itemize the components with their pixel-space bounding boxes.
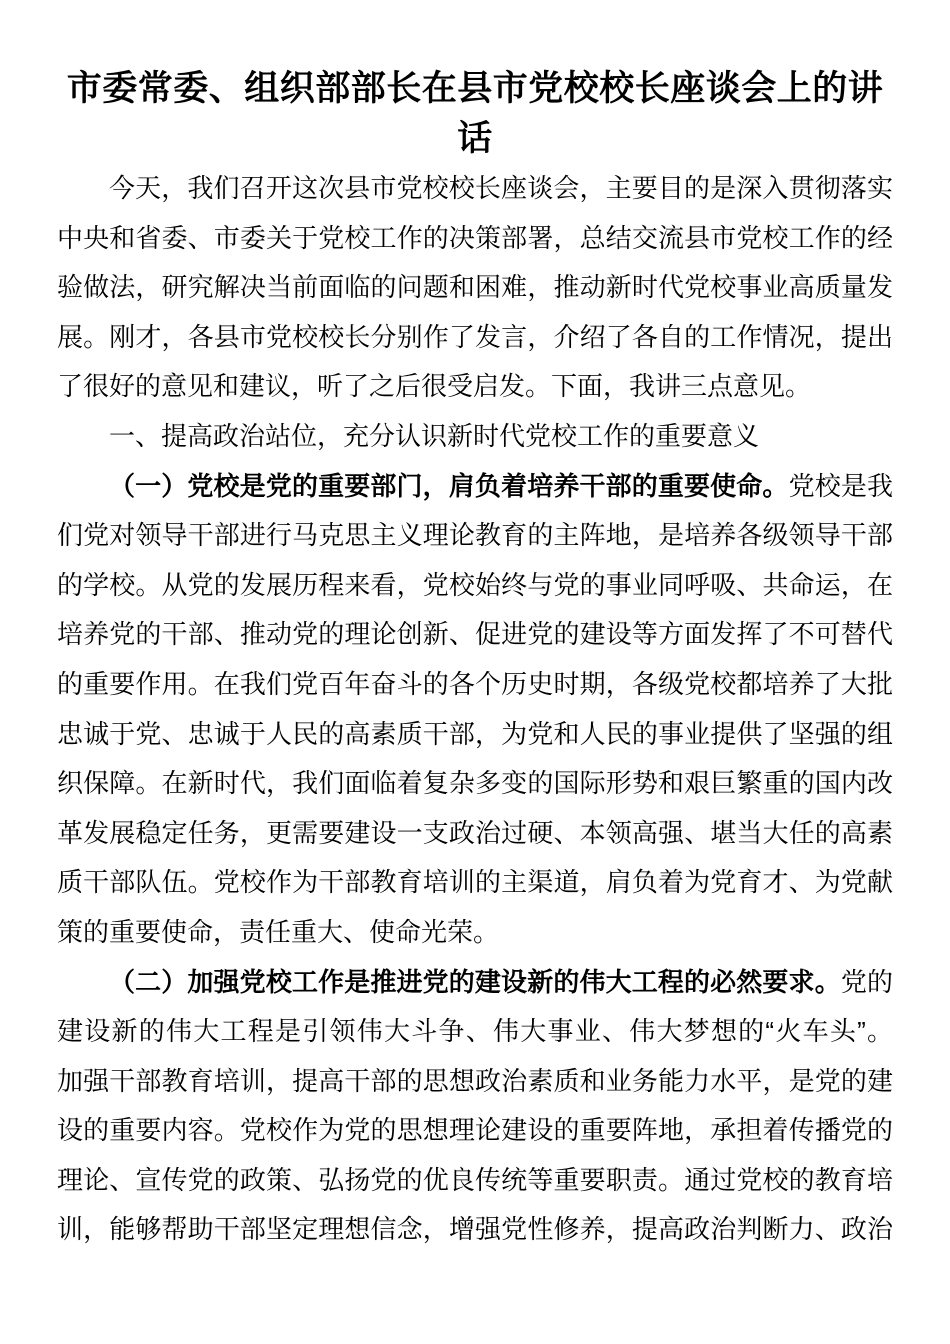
text-run: 今天，我们召开这次县市党校校长座谈会，主要目的是深入贯彻落实 <box>109 173 893 203</box>
text-line: 培养党的干部、推动党的理论创新、促进党的建设等方面发挥了不可替代 <box>57 610 893 660</box>
text-line: 织保障。在新时代，我们面临着复杂多变的国际形势和艰巨繁重的国内改 <box>57 759 893 809</box>
title-line: 市委常委、组织部部长在县市党校校长座谈会上的讲 <box>57 64 893 114</box>
title-line: 话 <box>57 114 893 164</box>
paragraph-point-one: （一）党校是党的重要部门，肩负着培养干部的重要使命。党校是我们党对领导干部进行马… <box>57 462 893 958</box>
text-run: 的重要作用。在我们党百年奋斗的各个历史时期，各级党校都培养了大批 <box>57 669 893 699</box>
text-line: 训，能够帮助干部坚定理想信念，增强党性修养，提高政治判断力、政治 <box>57 1205 893 1255</box>
text-run: 建设新的伟大工程是引领伟大斗争、伟大事业、伟大梦想的“火车头”。 <box>57 1016 893 1046</box>
text-run: 们党对领导干部进行马克思主义理论教育的主阵地，是培养各级领导干部 <box>57 520 893 550</box>
text-run: 的学校。从党的发展历程来看，党校始终与党的事业同呼吸、共命运，在 <box>57 570 893 600</box>
text-line: 忠诚于党、忠诚于人民的高素质干部，为党和人民的事业提供了坚强的组 <box>57 710 893 760</box>
bold-run: （一）党校是党的重要部门，肩负着培养干部的重要使命。 <box>109 471 789 501</box>
text-line: 质干部队伍。党校作为干部教育培训的主渠道，肩负着为党育才、为党献 <box>57 858 893 908</box>
text-run: 忠诚于党、忠诚于人民的高素质干部，为党和人民的事业提供了坚强的组 <box>57 719 893 749</box>
bold-run: （二）加强党校工作是推进党的建设新的伟大工程的必然要求。 <box>109 967 841 997</box>
text-line: 加强干部教育培训，提高干部的思想政治素质和业务能力水平，是党的建 <box>57 1057 893 1107</box>
document-title: 市委常委、组织部部长在县市党校校长座谈会上的讲话 <box>57 64 893 164</box>
text-line: 革发展稳定任务，更需要建设一支政治过硬、本领高强、堪当大任的高素 <box>57 809 893 859</box>
text-line: 的学校。从党的发展历程来看，党校始终与党的事业同呼吸、共命运，在 <box>57 561 893 611</box>
text-run: 了很好的意见和建议，听了之后很受启发。下面，我讲三点意见。 <box>57 371 811 401</box>
text-run: 设的重要内容。党校作为党的思想理论建设的重要阵地，承担着传播党的 <box>57 1115 893 1145</box>
text-line: 策的重要使命，责任重大、使命光荣。 <box>57 908 893 958</box>
document-body: 今天，我们召开这次县市党校校长座谈会，主要目的是深入贯彻落实中央和省委、市委关于… <box>57 164 893 1255</box>
text-run: 织保障。在新时代，我们面临着复杂多变的国际形势和艰巨繁重的国内改 <box>57 768 893 798</box>
text-line: 展。刚才，各县市党校校长分别作了发言，介绍了各自的工作情况，提出 <box>57 313 893 363</box>
text-run: 党的 <box>841 967 893 997</box>
text-run: 理论、宣传党的政策、弘扬党的优良传统等重要职责。通过党校的教育培 <box>57 1165 893 1195</box>
text-line: 验做法，研究解决当前面临的问题和困难，推动新时代党校事业高质量发 <box>57 263 893 313</box>
text-run: 质干部队伍。党校作为干部教育培训的主渠道，肩负着为党育才、为党献 <box>57 867 893 897</box>
text-line: 的重要作用。在我们党百年奋斗的各个历史时期，各级党校都培养了大批 <box>57 660 893 710</box>
text-run: 验做法，研究解决当前面临的问题和困难，推动新时代党校事业高质量发 <box>57 272 893 302</box>
paragraph-opening: 今天，我们召开这次县市党校校长座谈会，主要目的是深入贯彻落实中央和省委、市委关于… <box>57 164 893 412</box>
text-line: 中央和省委、市委关于党校工作的决策部署，总结交流县市党校工作的经 <box>57 214 893 264</box>
text-run: 策的重要使命，责任重大、使命光荣。 <box>57 917 499 947</box>
text-run: 党校是我 <box>789 471 893 501</box>
text-run: 训，能够帮助干部坚定理想信念，增强党性修养，提高政治判断力、政治 <box>57 1214 893 1244</box>
text-run: 中央和省委、市委关于党校工作的决策部署，总结交流县市党校工作的经 <box>57 223 893 253</box>
text-line: 们党对领导干部进行马克思主义理论教育的主阵地，是培养各级领导干部 <box>57 511 893 561</box>
text-line: 设的重要内容。党校作为党的思想理论建设的重要阵地，承担着传播党的 <box>57 1106 893 1156</box>
heading-section-one: 一、提高政治站位，充分认识新时代党校工作的重要意义 <box>57 412 893 462</box>
text-run: 一、提高政治站位，充分认识新时代党校工作的重要意义 <box>109 421 759 451</box>
text-line: 一、提高政治站位，充分认识新时代党校工作的重要意义 <box>57 412 893 462</box>
text-line: 理论、宣传党的政策、弘扬党的优良传统等重要职责。通过党校的教育培 <box>57 1156 893 1206</box>
document-page: 市委常委、组织部部长在县市党校校长座谈会上的讲话 今天，我们召开这次县市党校校长… <box>0 0 950 1344</box>
text-run: 展。刚才，各县市党校校长分别作了发言，介绍了各自的工作情况，提出 <box>57 322 893 352</box>
text-run: 培养党的干部、推动党的理论创新、促进党的建设等方面发挥了不可替代 <box>57 619 893 649</box>
text-line: （二）加强党校工作是推进党的建设新的伟大工程的必然要求。党的 <box>57 958 893 1008</box>
text-line: 建设新的伟大工程是引领伟大斗争、伟大事业、伟大梦想的“火车头”。 <box>57 1007 893 1057</box>
text-run: 加强干部教育培训，提高干部的思想政治素质和业务能力水平，是党的建 <box>57 1066 893 1096</box>
text-line: 了很好的意见和建议，听了之后很受启发。下面，我讲三点意见。 <box>57 362 893 412</box>
text-line: 今天，我们召开这次县市党校校长座谈会，主要目的是深入贯彻落实 <box>57 164 893 214</box>
paragraph-point-two: （二）加强党校工作是推进党的建设新的伟大工程的必然要求。党的建设新的伟大工程是引… <box>57 958 893 1256</box>
text-line: （一）党校是党的重要部门，肩负着培养干部的重要使命。党校是我 <box>57 462 893 512</box>
text-run: 革发展稳定任务，更需要建设一支政治过硬、本领高强、堪当大任的高素 <box>57 818 893 848</box>
